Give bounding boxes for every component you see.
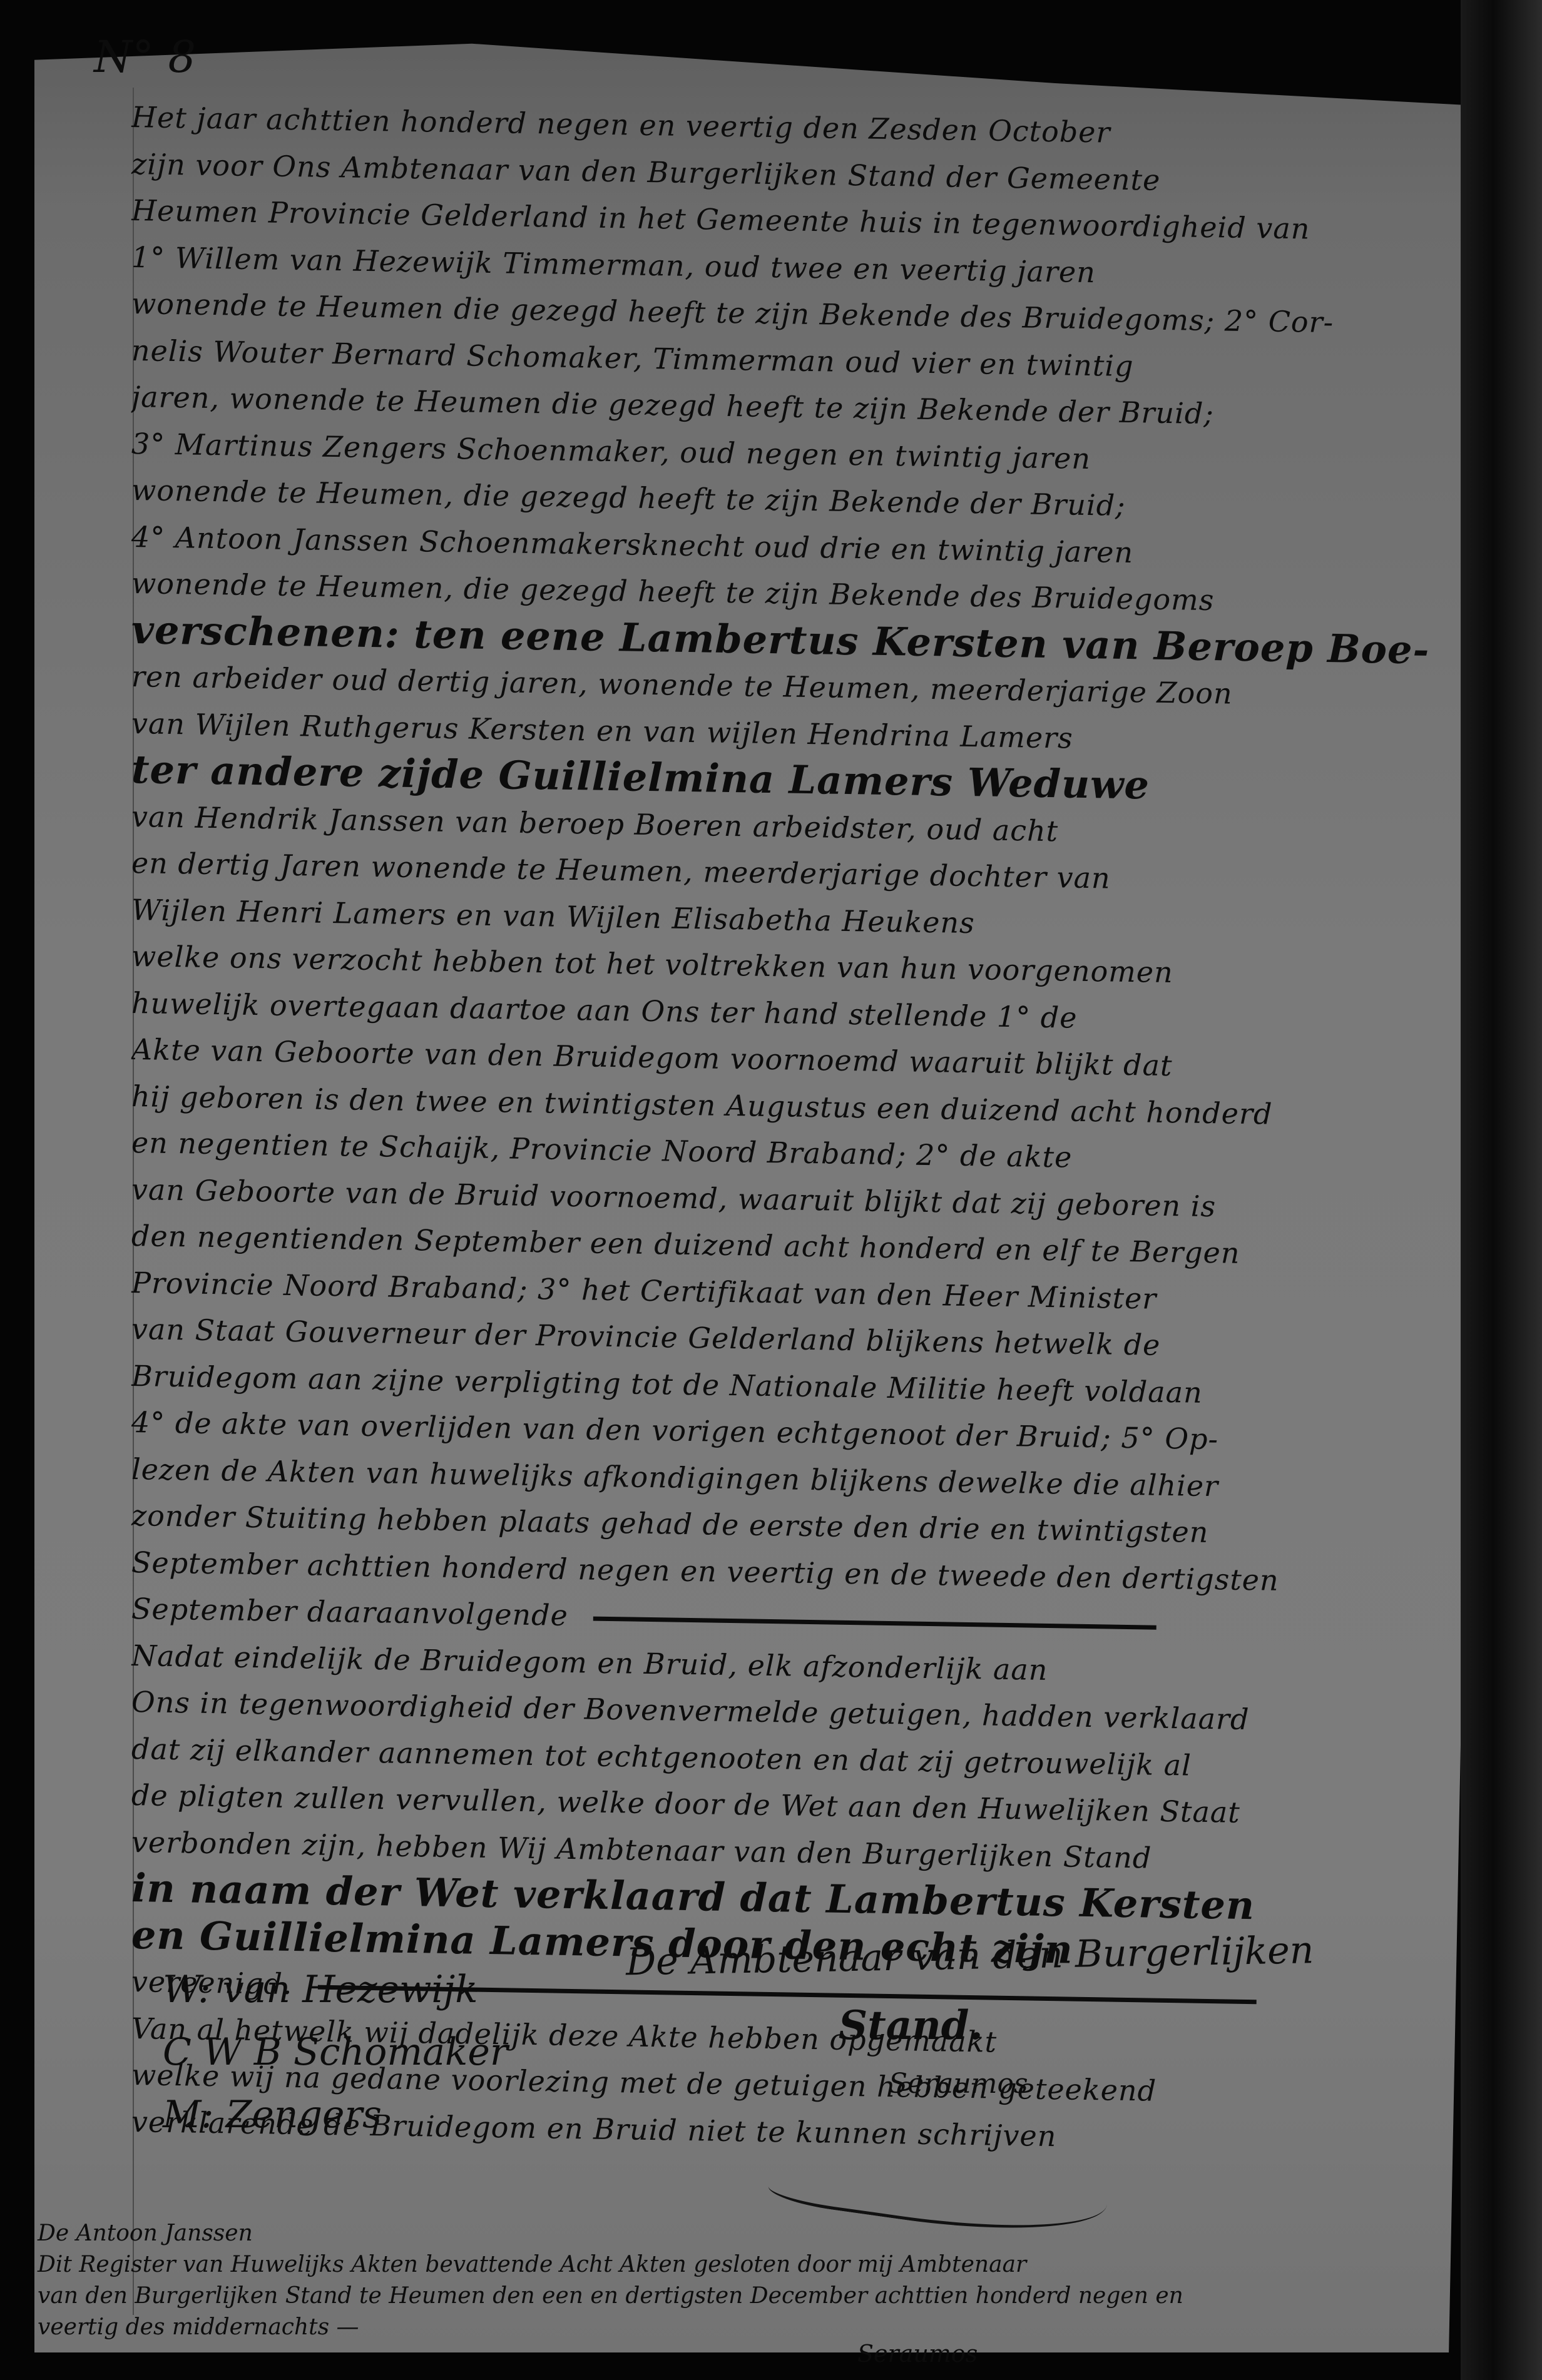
closing-note-line: veertig des middernachts — [38, 2312, 1496, 2343]
register-closing-note: De Antoon JanssenDit Register van Huweli… [38, 2218, 1496, 2343]
witness-signatures: W: van HezewijkC W B SchomakerM: Zengers [163, 1958, 508, 2146]
witness-signature: C W B Schomaker [163, 2021, 508, 2083]
official-title: De Ambtenaar van den Burgerlijken [625, 1926, 1439, 1985]
act-number: N° 8 [94, 31, 196, 83]
witness-signature: W: van Hezewijk [163, 1958, 508, 2021]
official-title-stand: Stand. [839, 2002, 1439, 2049]
closing-note-line: De Antoon Janssen [38, 2218, 1496, 2249]
official-signature-block: De Ambtenaar van den Burgerlijken Stand.… [626, 1933, 1439, 2100]
line-filler-stroke [593, 1616, 1156, 1629]
official-signature: Seraumos [889, 2068, 1439, 2100]
closing-note-line: van den Burgerlijken Stand te Heumen den… [38, 2281, 1496, 2312]
closing-note-line: Dit Register van Huwelijks Akten bevatte… [38, 2249, 1496, 2281]
witness-signature: M: Zengers [163, 2083, 508, 2146]
closing-signature: Seraumos [857, 2340, 978, 2367]
marriage-record-body: Het jaar achttien honderd negen en veert… [131, 94, 1477, 2145]
